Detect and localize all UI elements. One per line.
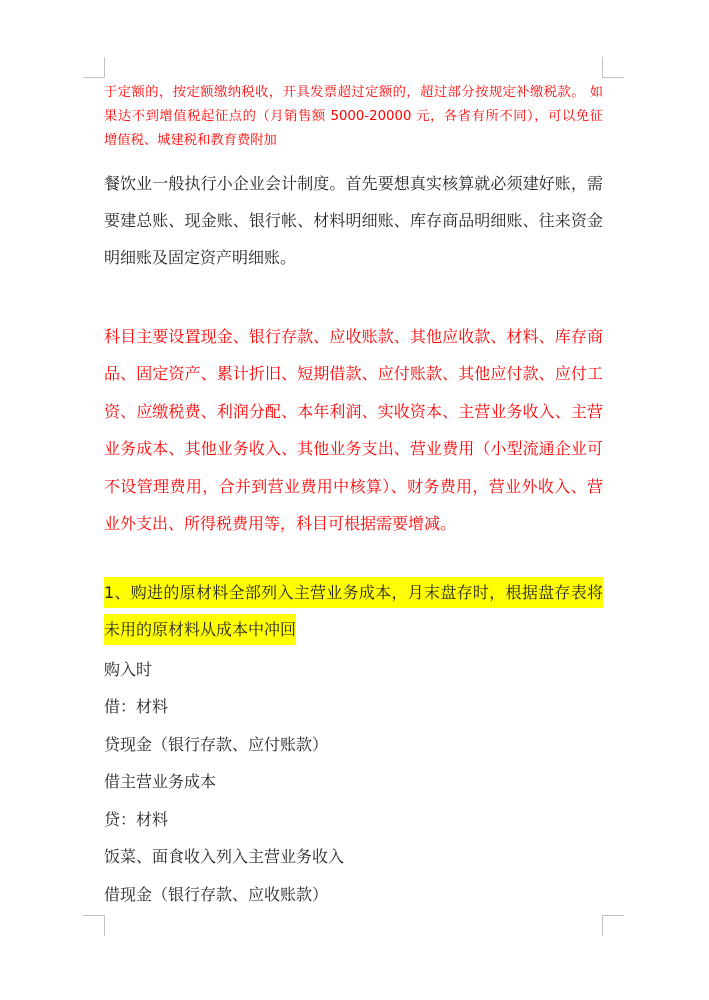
page-margin-corner-top-left <box>83 57 105 78</box>
paragraph-line: 明细账及固定资产明细账。 <box>104 247 603 269</box>
entry-line: 贷现金（银行存款、应付账款） <box>104 734 603 756</box>
paragraph-line: 资、应缴税费、利润分配、本年利润、实收资本、主营业务收入、主营 <box>104 401 603 423</box>
entry-line: 借：材料 <box>104 696 603 718</box>
paragraph-line: 品、固定资产、累计折旧、短期借款、应付账款、其他应付款、应付工 <box>104 363 603 385</box>
entry-line: 借现金（银行存款、应收账款） <box>104 884 603 906</box>
paragraph-line: 业外支出、所得税费用等，科目可根据需要增减。 <box>104 513 603 535</box>
highlighted-text: 未用的原材料从成本中冲回 <box>104 614 296 645</box>
paragraph-line: 业务成本、其他业务收入、其他业务支出、营业费用（小型流通企业可 <box>104 438 603 460</box>
paragraph-line: 于定额的，按定额缴纳税收，开具发票超过定额的，超过部分按规定补缴税款。 如 <box>104 81 603 105</box>
document-page: 于定额的，按定额缴纳税收，开具发票超过定额的，超过部分按规定补缴税款。 如 果达… <box>0 0 709 1000</box>
heading-line: 1、购进的原材料全部列入主营业务成本，月末盘存时，根据盘存表将 <box>104 577 603 608</box>
entry-line: 贷：材料 <box>104 809 603 831</box>
entry-line: 饭菜、面食收入列入主营业务收入 <box>104 846 603 868</box>
entry-line: 购入时 <box>104 659 603 681</box>
paragraph-line: 增值税、城建税和教育费附加 <box>104 129 603 153</box>
heading-line: 未用的原材料从成本中冲回 <box>104 614 603 645</box>
page-margin-corner-bottom-right <box>602 915 624 936</box>
paragraph-line: 科目主要设置现金、银行存款、应收账款、其他应收款、材料、库存商 <box>104 326 603 348</box>
paragraph-line: 要建总账、现金账、银行帐、材料明细账、库存商品明细账、往来资金 <box>104 210 603 232</box>
entry-line: 借主营业务成本 <box>104 771 603 793</box>
highlighted-text: 1、购进的原材料全部列入主营业务成本，月末盘存时，根据盘存表将 <box>104 577 603 608</box>
page-margin-corner-bottom-left <box>83 915 105 936</box>
page-margin-corner-top-right <box>602 57 624 78</box>
paragraph-line: 餐饮业一般执行小企业会计制度。首先要想真实核算就必须建好账，需 <box>104 173 603 195</box>
paragraph-line: 不设管理费用，合并到营业费用中核算）、财务费用，营业外收入、营 <box>104 476 603 498</box>
paragraph-line: 果达不到增值税起征点的（月销售额 5000-20000 元，各省有所不同），可以… <box>104 105 603 129</box>
